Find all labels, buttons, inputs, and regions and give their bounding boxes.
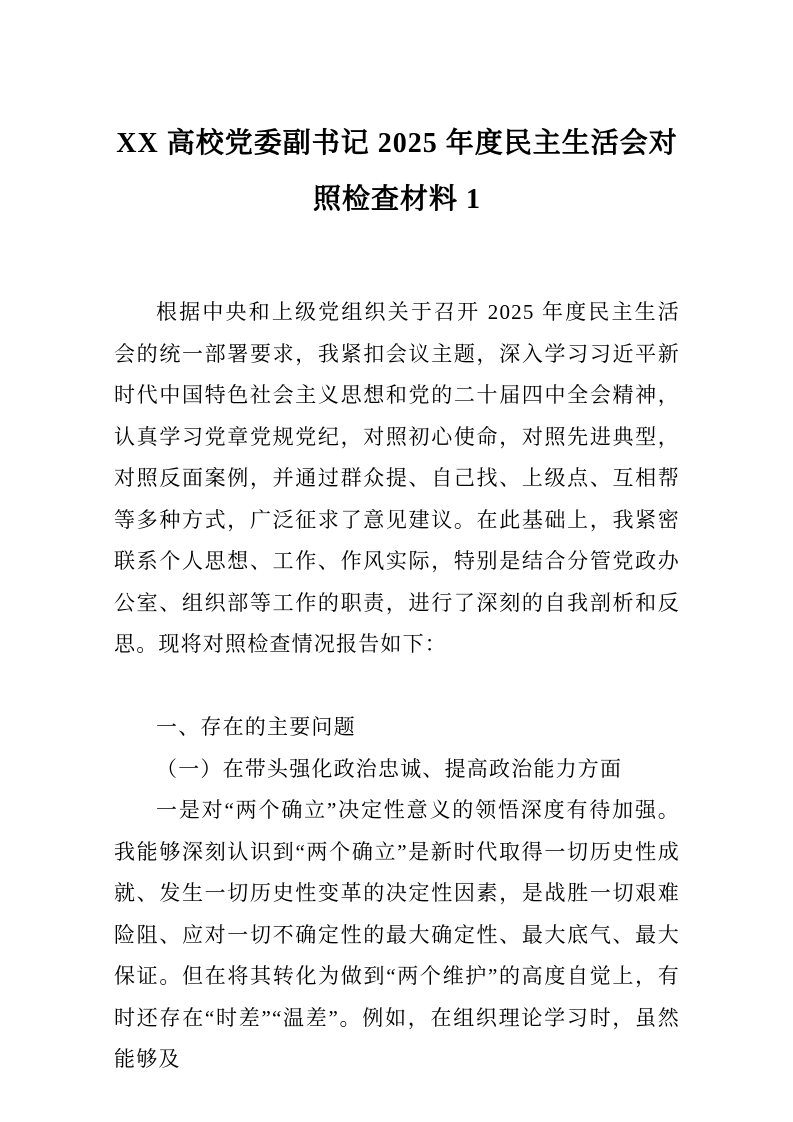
document-page: XX 高校党委副书记 2025 年度民主生活会对照检查材料 1 根据中央和上级党…: [0, 0, 793, 1122]
document-title: XX 高校党委副书记 2025 年度民主生活会对照检查材料 1: [114, 116, 680, 228]
paragraph-intro: 根据中央和上级党组织关于召开 2025 年度民主生活会的统一部署要求，我紧扣会议…: [114, 292, 680, 666]
section-heading-main-problems: 一、存在的主要问题: [114, 707, 680, 749]
document-body: 根据中央和上级党组织关于召开 2025 年度民主生活会的统一部署要求，我紧扣会议…: [114, 292, 680, 1081]
paragraph-problem-one: 一是对“两个确立”决定性意义的领悟深度有待加强。我能够深刻认识到“两个确立”是新…: [114, 790, 680, 1081]
empty-paragraph: [114, 666, 680, 708]
subsection-heading-political-loyalty: （一）在带头强化政治忠诚、提高政治能力方面: [114, 749, 680, 791]
